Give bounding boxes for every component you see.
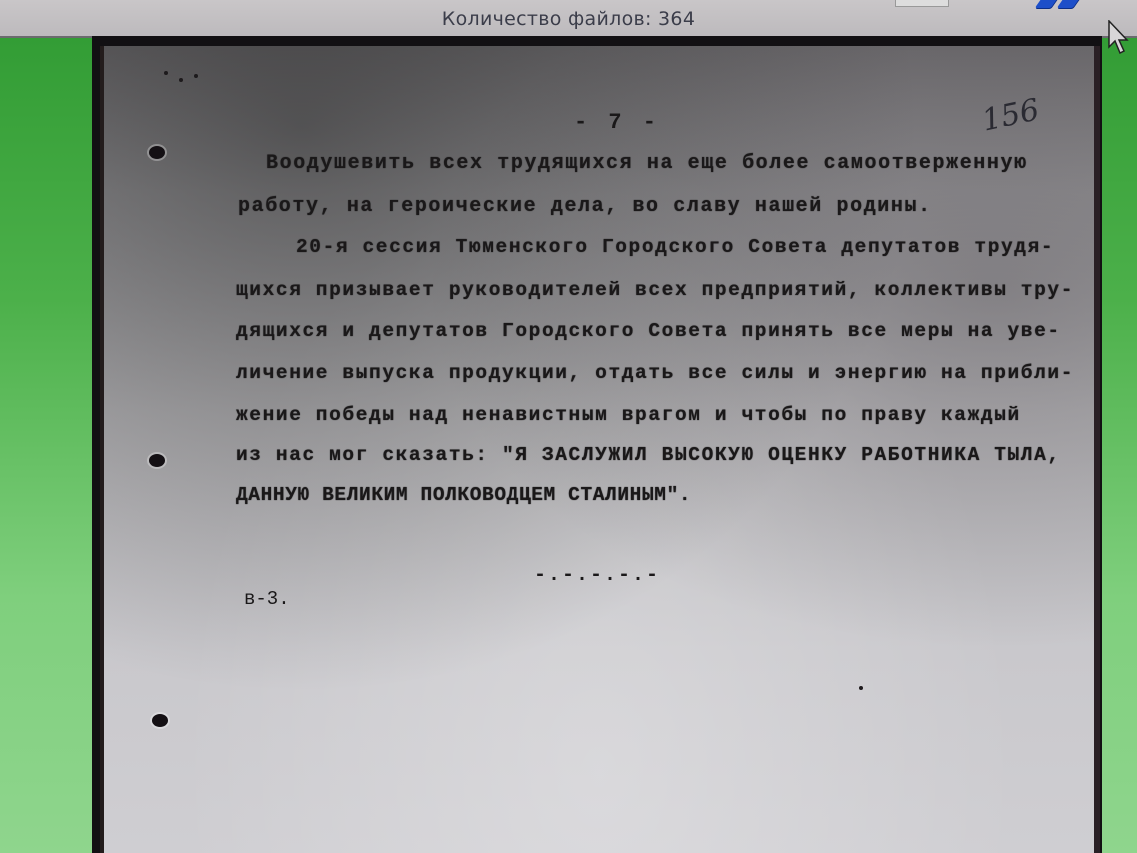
separator-line: -.-.-.-.- xyxy=(534,564,660,587)
file-count-title: Количество файлов: 364 xyxy=(0,8,1137,30)
scanned-document-page: - 7 - 156 Воодушевить всех трудящихся на… xyxy=(100,46,1100,853)
document-text: - 7 - 156 Воодушевить всех трудящихся на… xyxy=(104,46,1094,853)
text-line: из нас мог сказать: "Я ЗАСЛУЖИЛ ВЫСОКУЮ … xyxy=(236,444,1061,466)
viewer-titlebar: Количество файлов: 364 xyxy=(0,0,1137,38)
text-line: щихся призывает руководителей всех предп… xyxy=(236,279,1074,301)
page-number: - 7 - xyxy=(574,110,660,135)
toolbar-field[interactable] xyxy=(895,0,949,7)
text-line: ДАННУЮ ВЕЛИКИМ ПОЛКОВОДЦЕМ СТАЛИНЫМ". xyxy=(236,484,691,506)
typist-initials: в-3. xyxy=(244,588,290,610)
text-line: 20-я сессия Тюменского Городского Совета… xyxy=(296,236,1054,258)
flag-icon[interactable] xyxy=(1057,0,1081,8)
text-line: работу, на героические дела, во славу на… xyxy=(238,195,932,218)
text-line: дящихся и депутатов Городского Совета пр… xyxy=(236,320,1061,342)
mouse-cursor-icon xyxy=(1108,20,1130,56)
flag-icon[interactable] xyxy=(1035,0,1059,8)
text-line: личение выпуска продукции, отдать все си… xyxy=(236,362,1074,384)
handwritten-folio-number: 156 xyxy=(979,92,1042,138)
text-line: Воодушевить всех трудящихся на еще более… xyxy=(266,152,1028,175)
toolbar-icons xyxy=(1039,0,1077,8)
text-line: жение победы над ненавистным врагом и чт… xyxy=(236,404,1021,426)
